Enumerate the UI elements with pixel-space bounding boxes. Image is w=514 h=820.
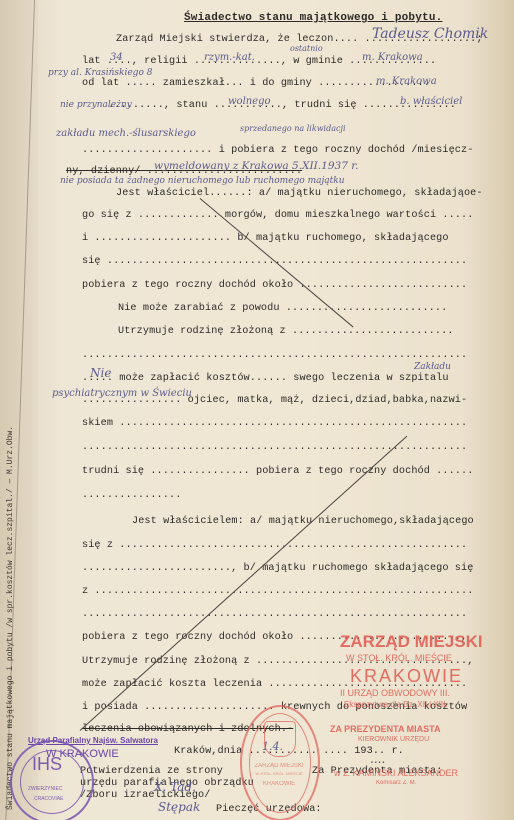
hw-status: wolnego [228,96,271,107]
president-stamp-line: KIEROWNIK URZĘDU [358,736,429,743]
city-stamp-line: ZARZĄD MIEJSKI [340,632,483,652]
hw-no-property: nie posiada ta żadnego nieruchomego lub … [60,176,345,186]
typed-line: skiem ..................................… [82,418,467,429]
crest-icon [264,721,296,757]
typed-line: pobiera z tego roczny dochód około .....… [82,280,467,291]
margin-vertical-text: Świadectwo stanu majątkowego i pobytu /w… [6,426,15,810]
oval-city-seal: ZARZĄD MIEJSKI W STOŁ. KRÓL. MIEŚCIE KRA… [240,705,320,820]
document-title: Świadectwo stanu majątkowego i pobytu. [184,12,442,24]
hw-priest-sig-1: X. Tad. [154,780,196,794]
hw-deregistered: wymeldowany z Krakowa 5.XII.1937 r. [154,160,358,172]
city-stamp-line: KRAKOWIE [350,666,463,687]
hw-not-belonging: nie przynależny [60,100,132,110]
typed-line: z ......................................… [82,586,473,597]
typed-line: Utrzymuje rodzinę złożoną z ............… [118,326,454,337]
hw-cannot: Nie [90,366,111,380]
typed-line: Jest właściciel......: a/ majątku nieruc… [116,188,483,199]
typed-line: Jest właścicielem: a/ majątku nieruchome… [132,516,474,527]
typed-line: ..... może zapłacić kosztów...... swego … [82,373,449,384]
typed-line: się z ..................................… [82,540,467,551]
hw-religion: rzym.-kat. [204,52,255,63]
city-stamp-line: Ekspozytura dla Dz. XII i XIII. [344,700,448,709]
hw-hospital-type: Zakładu [414,362,451,372]
typed-line: go się z ............. morgów, domu mies… [82,210,473,221]
hw-age: 34 [110,52,123,63]
typed-line: ................ [82,490,181,501]
hw-gmina2: m. Krakowa [376,76,437,87]
hw-workshop: zakładu mech.-ślusarskiego [56,128,196,139]
hw-priest-sig-2: Stępak [158,800,200,814]
typed-line: ..................... i pobiera z tego r… [82,145,473,156]
typed-line: ........................................… [82,442,467,453]
parish-round-seal: IHS ZWIERZYNIEC CRACOVIAE [10,740,94,820]
president-stamp-line: w z. KAMIŃSKI ALEKSANDER [334,768,458,778]
hw-sold-note: sprzedanego na likwidacji [240,124,346,133]
typed-line: ........................, b/ majątku ruc… [82,563,473,574]
city-stamp-line: II URZĄD OBWODOWY III. [340,688,450,698]
hw-last-note: ostatnio [290,44,323,53]
typed-line: Nie może zarabiać z powodu .............… [118,303,447,314]
president-stamp-line: ZA PREZYDENTA MIASTA [330,724,441,734]
typed-line: trudni się ................ pobiera z te… [82,466,473,477]
confirmation-line: Potwierdzenia ze strony [80,766,223,777]
hw-gmina: m. Krakowa [362,52,423,63]
typed-line: ........................................… [82,609,467,620]
hw-address-note: przy al. Krasińskiego 8 [48,68,152,78]
hw-occupation: b. właściciel [400,96,462,107]
hw-patient-name: Tadeusz Chomik [372,26,488,42]
city-stamp-line: W STOŁ. KRÓL. MIEŚCIE [346,653,452,663]
president-signature: .... [370,752,385,766]
typed-line: i ...................... b/ majątku ruch… [82,233,449,244]
hw-hospital: psychiatrycznym w Świeciu [52,388,192,399]
president-stamp-line: Komisarz Z. M. [376,780,416,786]
typed-line: ........................................… [82,350,467,361]
